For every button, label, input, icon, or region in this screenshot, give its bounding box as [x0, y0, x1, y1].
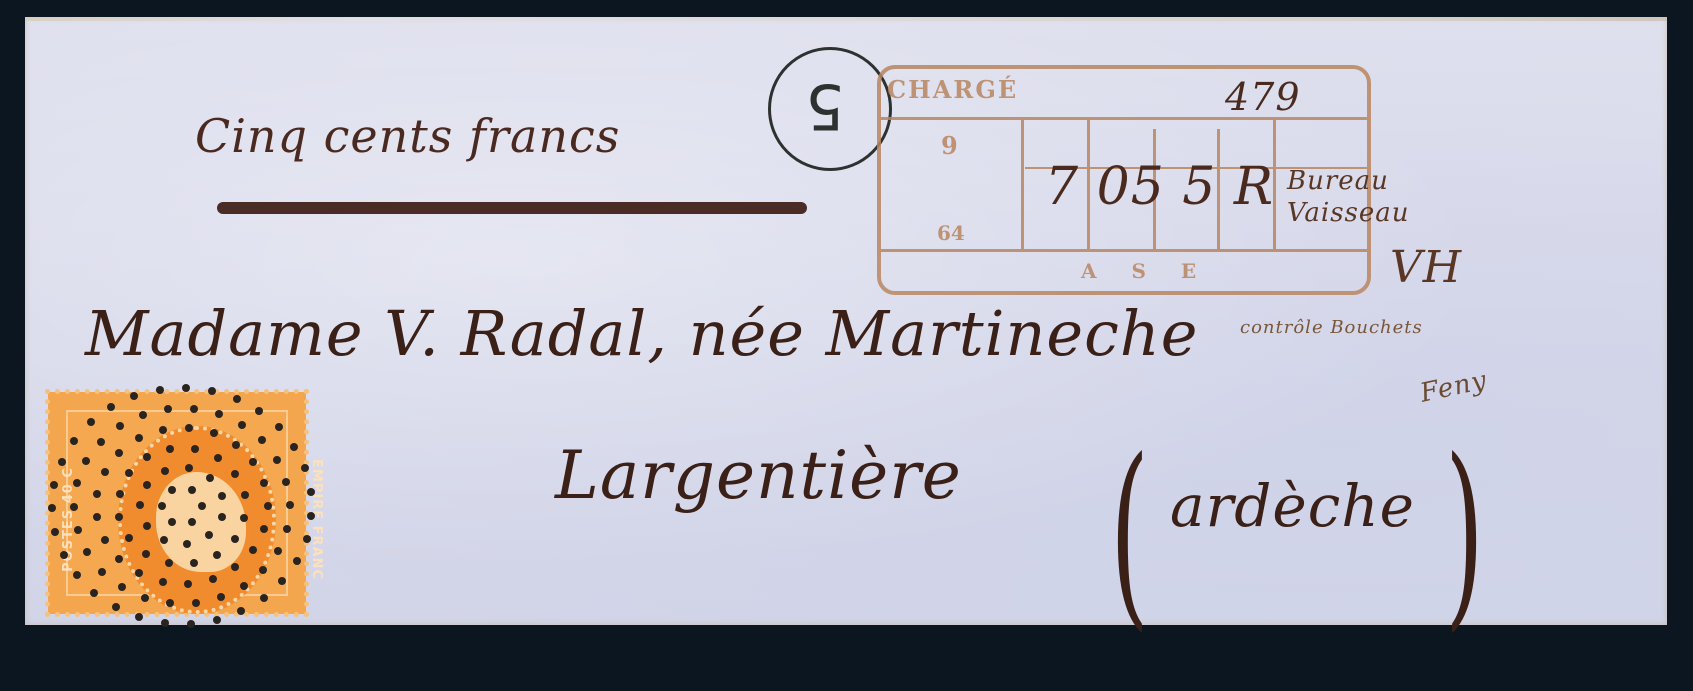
- cancel-dot: [159, 578, 167, 586]
- cancel-dot: [241, 491, 249, 499]
- cancel-dot: [184, 580, 192, 588]
- circular-number-postmark: 5: [768, 47, 892, 171]
- cancel-dot: [60, 551, 68, 559]
- cancel-dot: [286, 501, 294, 509]
- signature-fragment: Feny: [1418, 365, 1490, 408]
- initials-note: VH: [1390, 242, 1462, 293]
- cancel-dot: [165, 559, 173, 567]
- cancel-dot: [48, 504, 56, 512]
- cancel-dot: [213, 551, 221, 559]
- cancel-dot: [293, 557, 301, 565]
- cancel-dot: [273, 456, 281, 464]
- declared-value-text: Cinq cents francs: [195, 109, 620, 163]
- cancel-dot: [70, 437, 78, 445]
- cancel-dot: [183, 540, 191, 548]
- cancel-dot: [159, 426, 167, 434]
- cancel-dot: [192, 599, 200, 607]
- cancel-dot: [98, 568, 106, 576]
- cancel-dot: [51, 528, 59, 536]
- cancel-dot: [283, 525, 291, 533]
- cancel-dot: [164, 405, 172, 413]
- postmark-number: 5: [805, 70, 844, 143]
- value-underline: [217, 202, 807, 214]
- cancel-dot: [161, 619, 169, 627]
- cancel-dot: [237, 607, 245, 615]
- cancel-dot: [97, 438, 105, 446]
- cancel-dot: [101, 536, 109, 544]
- box-year-text: 64: [937, 221, 965, 245]
- cancel-dot: [70, 503, 78, 511]
- address-line-2: Largentière: [555, 437, 962, 514]
- cancel-dot: [185, 424, 193, 432]
- cancel-dot: [208, 387, 216, 395]
- cancel-dot: [142, 550, 150, 558]
- box-header-text: CHARGÉ: [887, 75, 1018, 104]
- cancel-dot: [249, 546, 257, 554]
- marginal-note: contrôle Bouchets: [1240, 317, 1423, 338]
- cancel-dot: [210, 429, 218, 437]
- cancel-dot: [231, 535, 239, 543]
- cancel-dot: [125, 534, 133, 542]
- cancel-dot: [190, 559, 198, 567]
- cancel-dot: [198, 502, 206, 510]
- cancel-dot: [190, 405, 198, 413]
- cancel-dot: [274, 547, 282, 555]
- box-day-text: 9: [941, 131, 958, 160]
- cancel-dot: [213, 616, 221, 624]
- cancel-dot: [74, 526, 82, 534]
- cancel-dot: [156, 386, 164, 394]
- left-parenthesis: (: [1110, 417, 1149, 650]
- bureau-note: Bureau Vaisseau: [1287, 165, 1487, 229]
- cancel-dot: [233, 395, 241, 403]
- cancel-dot: [139, 411, 147, 419]
- box-divider: [881, 249, 1367, 252]
- cancel-dot: [232, 441, 240, 449]
- cancel-dot: [116, 490, 124, 498]
- cancel-dot: [115, 555, 123, 563]
- cancel-dot: [182, 384, 190, 392]
- right-parenthesis: ): [1445, 417, 1484, 650]
- cancel-dot: [115, 513, 123, 521]
- cancel-dot: [206, 474, 214, 482]
- cancel-dot: [303, 535, 311, 543]
- cancel-dot: [264, 502, 272, 510]
- cancel-dot: [260, 594, 268, 602]
- cancel-dot: [307, 512, 315, 520]
- cancel-dot: [115, 449, 123, 457]
- cancel-dot: [130, 392, 138, 400]
- registration-number: 479: [1225, 75, 1301, 119]
- envelope-top-edge: [25, 17, 1667, 21]
- cancel-dot: [87, 418, 95, 426]
- cancel-dot: [307, 488, 315, 496]
- cancel-dot: [282, 478, 290, 486]
- cancel-dot: [58, 458, 66, 466]
- address-line-1: Madame V. Radal, née Martineche: [85, 297, 1198, 370]
- cancel-dot: [118, 583, 126, 591]
- cancel-dot: [50, 481, 58, 489]
- cancel-dot: [116, 422, 124, 430]
- cancel-dot: [168, 518, 176, 526]
- box-handwriting: 7 05 5 R: [1045, 157, 1274, 217]
- box-footer-code: A S E: [1081, 259, 1210, 283]
- box-divider: [1021, 117, 1024, 249]
- postage-stamp: POSTES 40 C EMPIRE FRANC: [48, 392, 306, 614]
- cancel-dot: [290, 443, 298, 451]
- cancel-dot: [185, 464, 193, 472]
- cancel-dot: [205, 531, 213, 539]
- cancel-dot: [209, 575, 217, 583]
- cancel-dot: [141, 594, 149, 602]
- cancel-dot: [101, 468, 109, 476]
- address-department: ardèche: [1170, 472, 1415, 540]
- cancel-dot: [188, 518, 196, 526]
- cancel-dot: [187, 620, 195, 628]
- cancel-dot: [112, 603, 120, 611]
- cancel-dot: [143, 522, 151, 530]
